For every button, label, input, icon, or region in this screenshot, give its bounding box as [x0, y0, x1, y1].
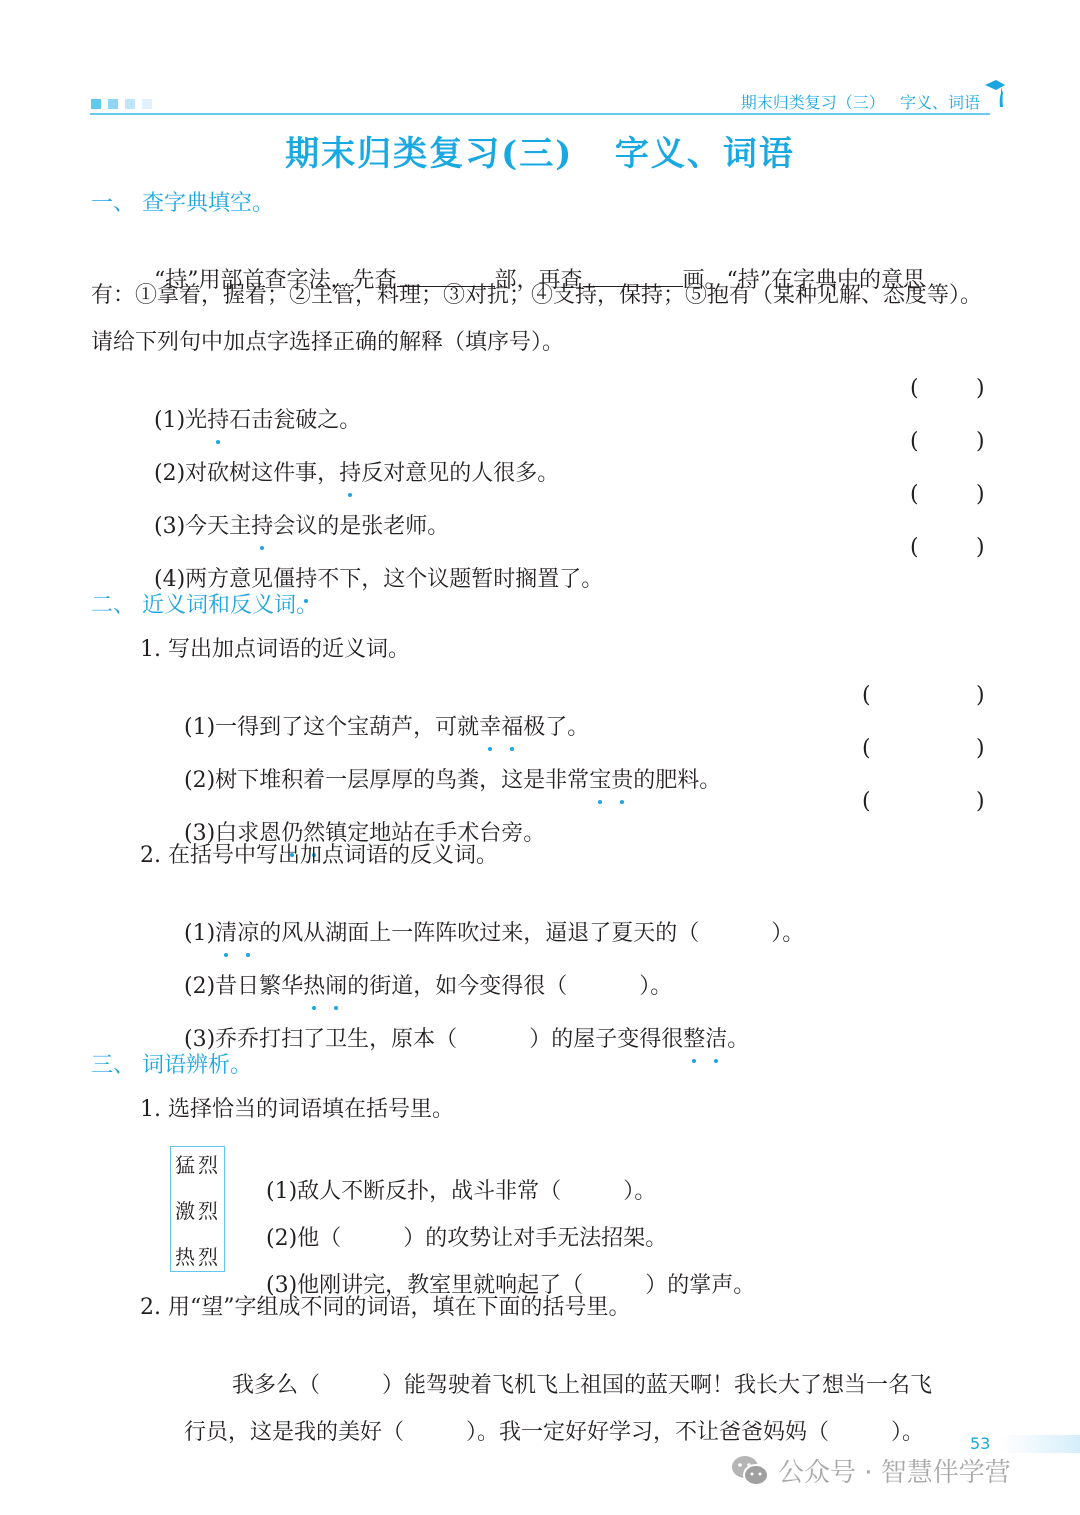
page-number-bar [1000, 1435, 1080, 1453]
answer-paren-close: ) [976, 789, 985, 814]
s2-q1-item-1: (1)一得到了这个宝葫芦，可就幸福极了。 [170, 683, 589, 743]
word-option: 猛烈 [175, 1149, 221, 1178]
s2-q1-item-3: (3)白求恩仍然镇定地站在手术台旁。 [170, 789, 545, 849]
page-number: 53 [970, 1434, 990, 1453]
s2-q1-item-2: (2)树下堆积着一层厚厚的鸟粪，这是非常宝贵的肥料。 [170, 736, 721, 796]
header-rule [90, 113, 990, 115]
dotted-char: 贵 [611, 766, 633, 796]
s2-q2-item-1: (1)清凉的风从湖面上一阵阵吹过来，逼退了夏天的（）。 [170, 889, 804, 949]
dotted-char: 整 [683, 1025, 705, 1055]
item-text: 的肥料。 [633, 768, 721, 793]
s3-q1-label: 1. 选择恰当的词语填在括号里。 [140, 1095, 454, 1125]
answer-paren-close: ) [976, 482, 985, 507]
s1-intro-line-2: 有：①拿着，握着；②主管，料理；③对抗；④支持，保持；⑤抱有（某种见解、态度等）… [91, 281, 982, 311]
s1-intro-line-3: 请给下列句中加点字选择正确的解释（填序号）。 [91, 328, 564, 358]
item-text: ）的屋子变得很 [529, 1027, 683, 1052]
section-heading-3: 三、 词语辨析。 [91, 1048, 252, 1079]
square-4 [142, 99, 152, 109]
s2-q2-item-3: (3)乔乔打扫了卫生，原本（）的屋子变得很整洁。 [170, 995, 749, 1055]
item-text: ）的掌声。 [645, 1273, 755, 1298]
item-text: ）。 [891, 1420, 924, 1445]
running-header-title: 期末归类复习（三） 字义、词语 [741, 90, 980, 113]
word-option: 热烈 [175, 1241, 221, 1270]
section-heading-1: 一、 查字典填空。 [91, 186, 274, 217]
answer-paren-open[interactable]: ( [910, 376, 919, 401]
square-2 [108, 99, 118, 109]
wechat-icon [730, 1454, 770, 1488]
s3-q2-line-2: 行员，这是我的美好（）。我一定好好学习，不让爸爸妈妈（）。 [170, 1388, 924, 1448]
item-text: 。 [727, 1027, 749, 1052]
s2-q2-item-2: (2)昔日繁华热闹的街道，如今变得很（）。 [170, 942, 672, 1002]
answer-paren-open[interactable]: ( [862, 736, 871, 761]
word-choice-box: 猛烈 激烈 热烈 [170, 1146, 225, 1272]
answer-paren-open[interactable]: ( [862, 789, 871, 814]
answer-paren-open[interactable]: ( [910, 429, 919, 454]
s3-q2-label: 2. 用“望”字组成不同的词语，填在下面的括号里。 [140, 1293, 630, 1323]
dotted-char: 宝 [589, 766, 611, 796]
graduation-cap-icon [984, 79, 1006, 109]
answer-paren-close: ) [976, 736, 985, 761]
s1-item-1: (1)光持石击瓮破之。 [140, 376, 361, 436]
item-text: ）。我一定好好学习，不让爸爸妈妈（ [466, 1420, 829, 1445]
answer-paren-close: ) [976, 376, 985, 401]
page-title: 期末归类复习(三) 字义、词语 [0, 126, 1080, 175]
s2-q1-label: 1. 写出加点词语的近义词。 [140, 635, 410, 665]
answer-paren-close: ) [976, 429, 985, 454]
s2-q2-label: 2. 在括号中写出加点词语的反义词。 [140, 841, 498, 871]
watermark-text: 公众号 · 智慧伴学营 [778, 1452, 1011, 1489]
answer-paren-open[interactable]: ( [910, 535, 919, 560]
answer-paren-open[interactable]: ( [910, 482, 919, 507]
header-decoration-squares [91, 99, 152, 109]
s1-item-4: (4)两方意见僵持不下，这个议题暂时搁置了。 [140, 535, 603, 595]
square-1 [91, 99, 101, 109]
answer-paren-close: ) [976, 683, 985, 708]
item-text: 不下，这个议题暂时搁置了。 [317, 567, 603, 592]
item-text: 行员，这是我的美好（ [184, 1420, 404, 1445]
answer-paren-close: ) [976, 535, 985, 560]
s1-item-3: (3)今天主持会议的是张老师。 [140, 482, 449, 542]
s3-q1-item-3: (3)他刚讲完，教室里就响起了（）的掌声。 [252, 1241, 755, 1301]
s1-item-2: (2)对砍树这件事，持反对意见的人很多。 [140, 429, 559, 489]
item-text: ）。 [771, 921, 804, 946]
watermark: 公众号 · 智慧伴学营 [730, 1452, 1011, 1489]
section-heading-2: 二、 近义词和反义词。 [91, 588, 318, 619]
answer-paren-open[interactable]: ( [862, 683, 871, 708]
square-3 [125, 99, 135, 109]
word-option: 激烈 [175, 1195, 221, 1224]
dotted-char: 洁 [705, 1025, 727, 1055]
